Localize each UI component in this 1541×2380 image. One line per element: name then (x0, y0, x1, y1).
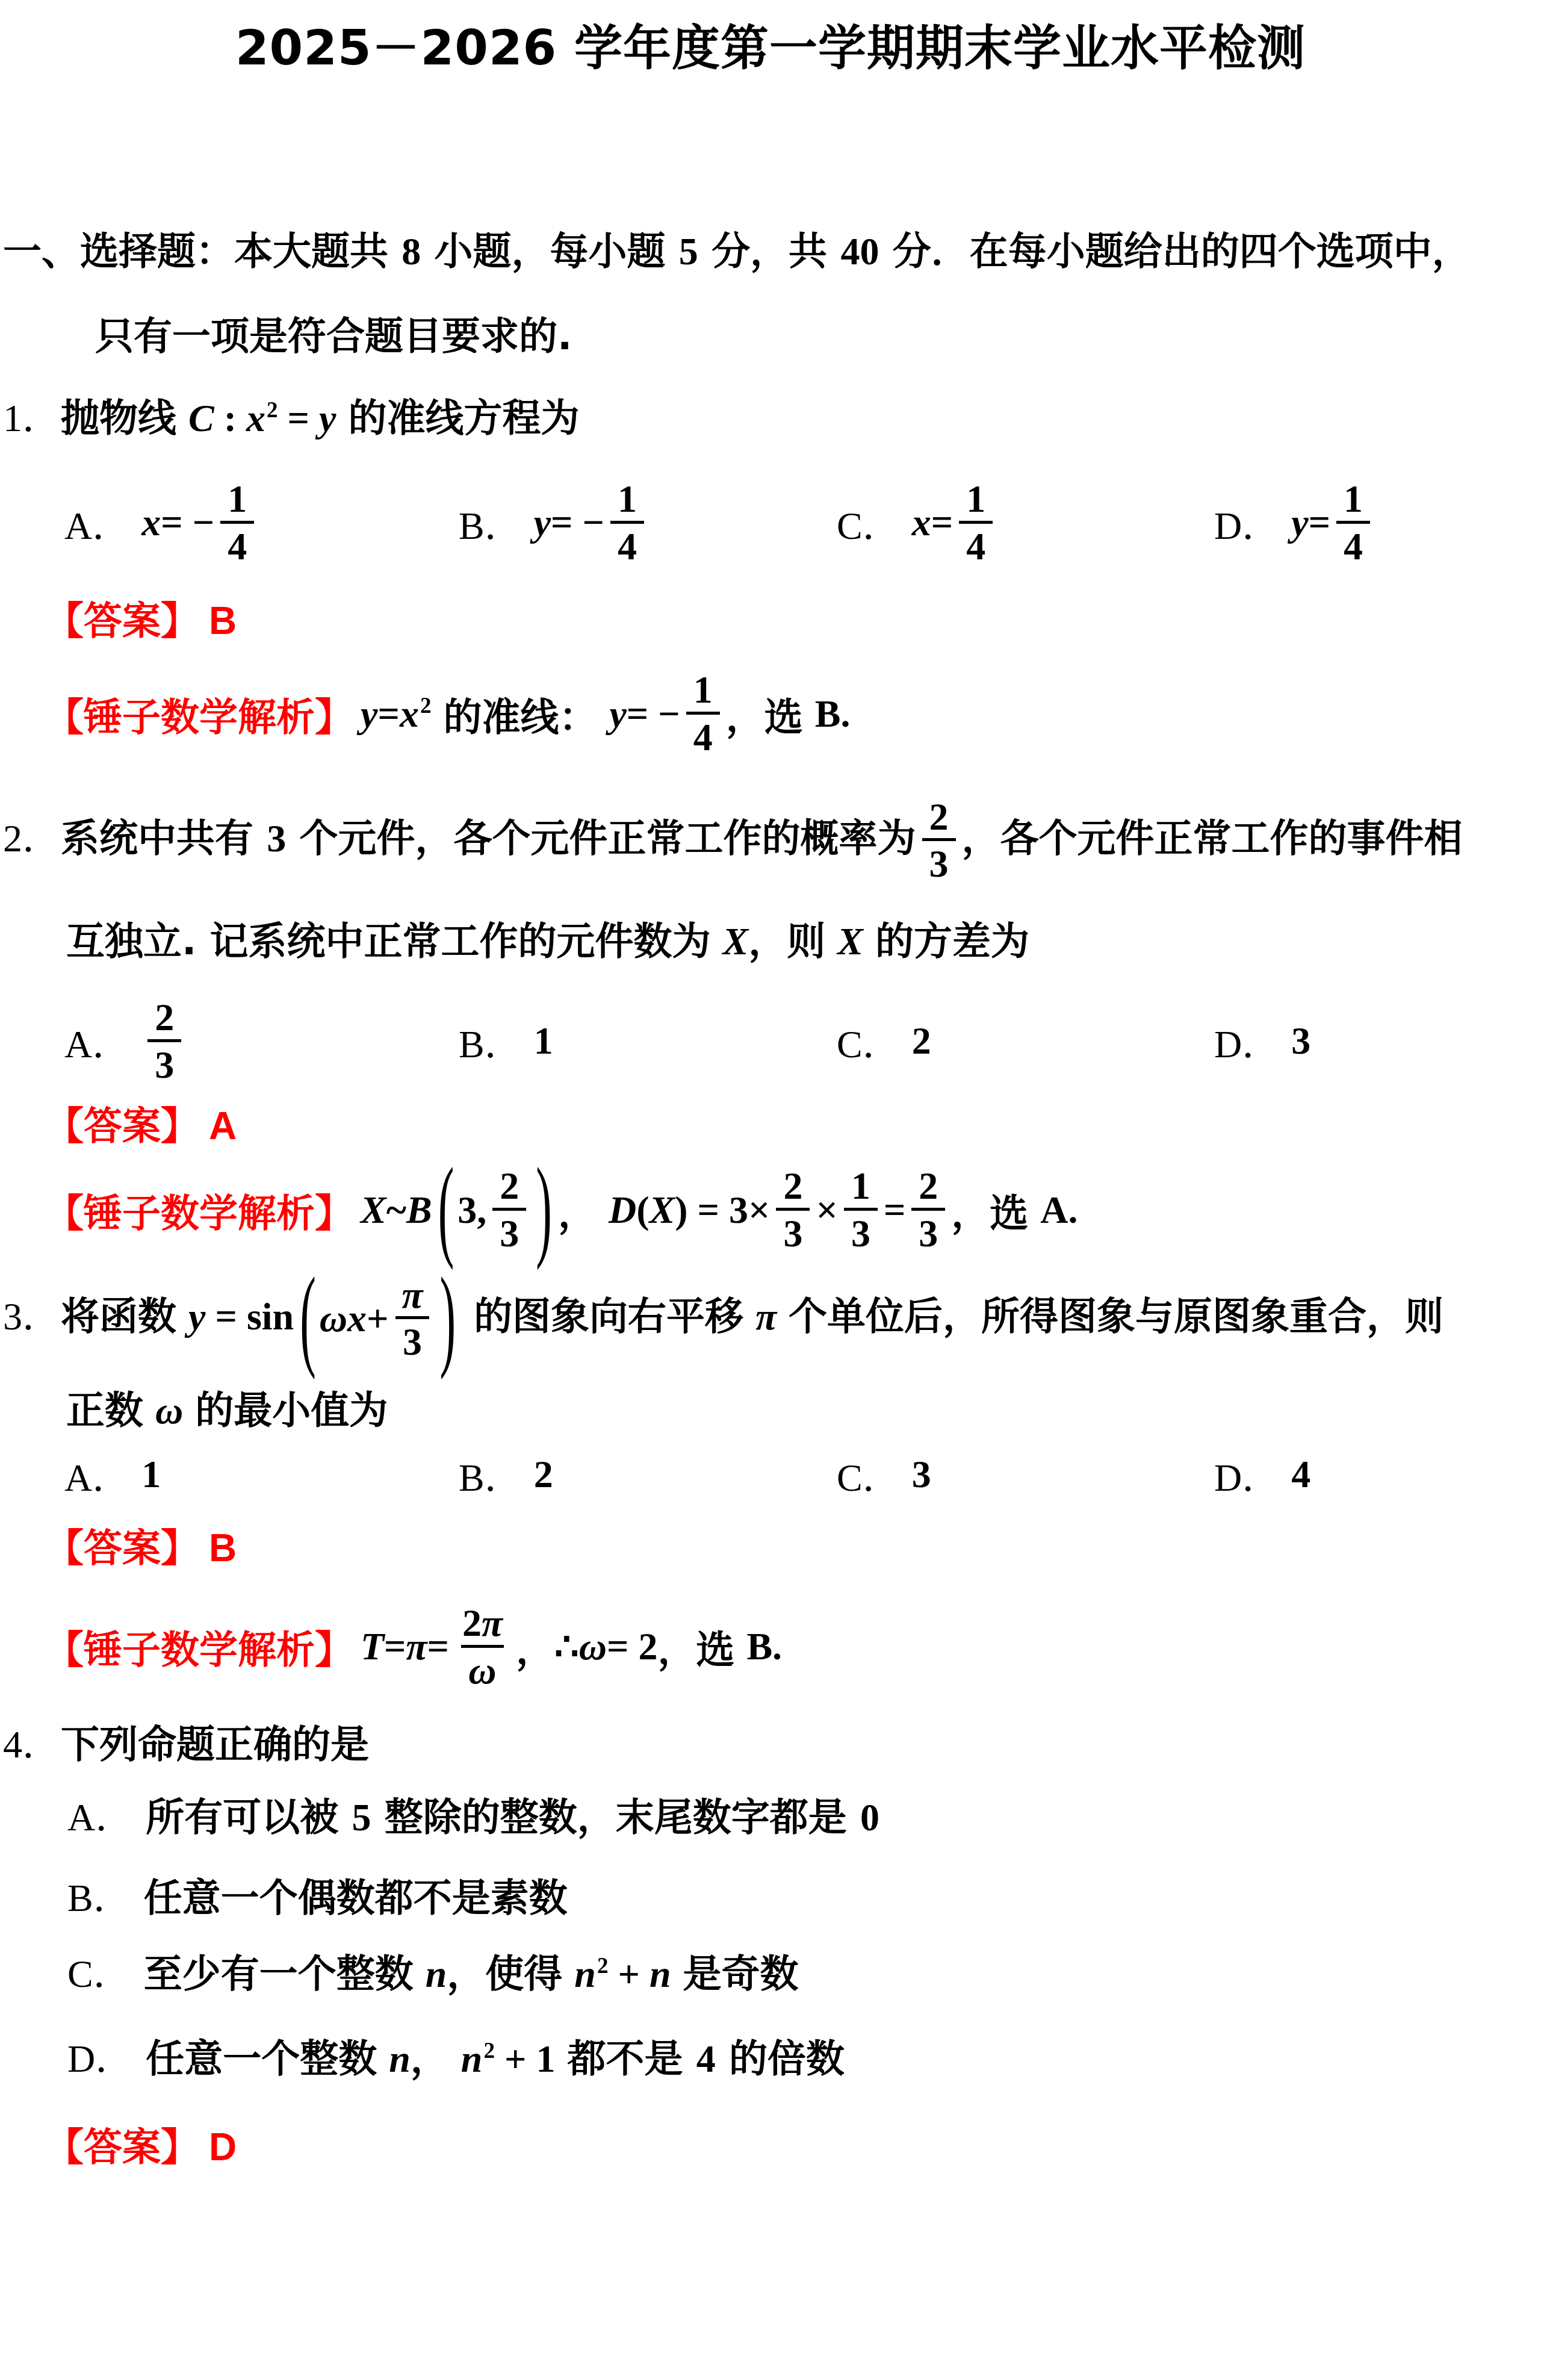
roman-math-text: A. (1040, 1188, 1077, 1232)
fraction-denominator: 3 (147, 1039, 181, 1087)
math-variable: C (188, 397, 214, 440)
cn-text-run: 任意一个整数 (146, 2037, 377, 2081)
option-letter: A． (64, 1447, 131, 1502)
roman-math-text: 1 (534, 1019, 553, 1063)
roman-math-text: = (377, 692, 399, 736)
roman-math-text: 3 (912, 1452, 931, 1497)
option-letter: C． (837, 1447, 901, 1502)
roman-math-text: = (205, 1294, 246, 1337)
math-variable: y (609, 692, 626, 736)
roman-math-text: : (214, 397, 246, 440)
option-math: y = −14 (534, 477, 650, 568)
roman-math-text: 2 (462, 1602, 482, 1644)
question-3-analysis: 【锤子数学解析】 T = π = 2πω，∴ω = 2，选B. (0, 1602, 1541, 1692)
answer-label: 【答案】 (45, 2125, 199, 2170)
option-math: 23 (141, 996, 187, 1086)
fraction-denominator: 3 (911, 1208, 945, 1255)
right-paren: ) (436, 1251, 459, 1387)
question-3-option-b: B． 2 (459, 1447, 837, 1502)
roman-math-text: ~ (386, 1188, 406, 1232)
paren-inner: 3,23 (457, 1164, 532, 1255)
roman-math-text: 3, (457, 1188, 486, 1232)
roman-math-text: ∴ (554, 1624, 579, 1669)
question-2-options: A． 23 B． 1 C． 2 D． 3 (0, 996, 1541, 1086)
fraction-numerator: 1 (844, 1164, 878, 1208)
math-variable: y (188, 1294, 205, 1337)
cn-text-run: 将函数 (61, 1294, 176, 1338)
question-4-answer: 【答案】D (0, 2118, 1541, 2176)
option-letter: C． (837, 1013, 901, 1069)
cn-text-run: 的准线： (443, 686, 597, 742)
cn-text-run: 的最小值为 (195, 1388, 388, 1433)
roman-math-text: = (1309, 500, 1330, 545)
math-variable: y (361, 692, 377, 736)
fraction-denominator: 3 (492, 1208, 526, 1255)
math-variable: x (141, 500, 161, 545)
cn-text-run: 任意一个偶数都不是素数 (144, 1876, 568, 1921)
question-2-stem-line2: 互独立. 记系统中正常工作的元件数为X，则X的方差为 (0, 913, 1541, 971)
math-variable: n (650, 1953, 671, 1995)
choice-content: 所有可以被 5 整除的整数，末尾数字都是 0 (146, 1789, 879, 1847)
math-function: sin (247, 1294, 294, 1337)
question-4-choice-d: D． 任意一个整数n，n2 + 1都不是 4 的倍数 (0, 2030, 1541, 2094)
question-4-choice-a: A． 所有可以被 5 整除的整数，末尾数字都是 0 (0, 1789, 1541, 1847)
roman-math-text: 4 (1291, 1452, 1310, 1497)
cn-text-run: 个单位后，所得图象与原图象重合，则 (789, 1294, 1443, 1338)
answer-letter: B (209, 599, 237, 642)
math-variable: n (426, 1953, 447, 1995)
option-letter: A． (67, 1789, 134, 1847)
fraction: π3 (395, 1273, 430, 1364)
roman-math-text: 2 (912, 1019, 931, 1063)
cn-text-run: 互独立. 记系统中正常工作的元件数为 (66, 919, 711, 964)
option-math: 4 (1291, 1452, 1310, 1497)
option-letter-text: 1． (3, 397, 61, 440)
fraction-numerator: 1 (686, 668, 720, 712)
fraction-numerator: 2 (922, 795, 956, 839)
cn-text-run: ，选 (726, 686, 803, 742)
question-4-stem: 4．下列命题正确的是 (0, 1716, 1541, 1774)
section-heading-line1: 一、选择题：本大题共 8 小题，每小题 5 分，共 40 分．在每小题给出的四个… (0, 223, 1541, 281)
cn-text-run: 所有可以被 (146, 1795, 352, 1840)
big-paren-group: (3,23) (435, 1164, 556, 1255)
fraction: 23 (922, 795, 956, 886)
option-math: 2 (534, 1452, 553, 1497)
cn-text-run: 小题，每小题 (421, 229, 679, 274)
option-letter: D． (1214, 1013, 1280, 1069)
superscript: 2 (597, 1954, 609, 1978)
cn-text-run: ， (411, 2037, 449, 2081)
math-variable: X (649, 1188, 675, 1232)
option-math: x = 14 (912, 477, 999, 568)
question-2-option-c: C． 2 (837, 1013, 1214, 1069)
math-variable: B (406, 1188, 432, 1232)
math-variable: X (837, 920, 863, 963)
answer-label: 【答案】 (45, 599, 199, 644)
cn-text-run: ， (558, 1182, 597, 1238)
right-paren: ) (532, 1146, 556, 1275)
cn-text-run: 的方差为 (875, 919, 1029, 964)
left-paren: ( (296, 1251, 320, 1387)
math-variable: ω (155, 1389, 183, 1432)
cn-text-run: 抛物线 (61, 396, 176, 441)
math-variable: π (406, 1624, 427, 1669)
fraction: 14 (610, 477, 644, 568)
roman-math-text: B. (815, 692, 851, 736)
cn-text-run: 下列命题正确的是 (61, 1723, 369, 1767)
cn-text-run: ，选 (657, 1619, 734, 1674)
roman-math-text: = (427, 1624, 449, 1669)
roman-math-text: 1 (141, 1452, 161, 1497)
question-3-option-d: D． 4 (1214, 1447, 1310, 1502)
cn-text-run: 一、选择题：本大题共 (3, 229, 402, 274)
cn-text-run: 都不是 (567, 2037, 696, 2081)
question-3-option-a: A． 1 (64, 1447, 459, 1502)
number-text: 3 (267, 816, 286, 859)
analysis-label: 【锤子数学解析】 (45, 1619, 353, 1674)
question-3-answer: 【答案】B (0, 1519, 1541, 1577)
math-variable: X (361, 1188, 386, 1232)
math-variable: π (755, 1294, 777, 1337)
fraction-numerator: 2 (911, 1164, 945, 1208)
option-math: 3 (912, 1452, 931, 1497)
math-variable: y (319, 397, 336, 440)
question-2-option-d: D． 3 (1214, 1013, 1310, 1069)
question-2-answer: 【答案】A (0, 1097, 1541, 1155)
answer-letter: D (209, 2125, 237, 2169)
math-variable-sup: x2 (400, 692, 432, 736)
question-2-option-a: A． 23 (64, 996, 459, 1086)
option-letter-text: 4． (3, 1723, 61, 1766)
number-text: 5 (679, 230, 698, 273)
roman-math-text: ) = 3× (675, 1188, 770, 1232)
cn-text-run: 系统中共有 (61, 816, 267, 860)
math-variable: y (1291, 500, 1308, 545)
cn-text-run: 是奇数 (683, 1952, 799, 1996)
fraction-numerator: 2π (455, 1602, 510, 1645)
fraction-denominator: 3 (844, 1208, 878, 1255)
answer-label: 【答案】 (45, 1104, 199, 1149)
choice-content: 任意一个偶数都不是素数 (144, 1869, 568, 1927)
roman-math-text: 2 (534, 1452, 553, 1497)
fraction-denominator: 4 (1336, 521, 1370, 568)
math-variable-sup: n2 (461, 2037, 495, 2080)
cn-text-run: ，选 (951, 1182, 1028, 1238)
section-heading-line2: 只有一项是符合题目要求的. (0, 308, 1541, 365)
question-3-option-c: C． 3 (837, 1447, 1214, 1502)
cn-text-run: ， (516, 1619, 554, 1674)
cn-text-run: 正数 (66, 1388, 143, 1433)
math-variable: ω (468, 1649, 496, 1692)
fraction-denominator: 3 (776, 1208, 810, 1255)
cn-text-run: 的准线方程为 (348, 396, 579, 441)
math-variable-sup: n2 (574, 1953, 608, 1995)
question-4-choice-b: B． 任意一个偶数都不是素数 (0, 1869, 1541, 1927)
answer-label: 【答案】 (45, 1526, 199, 1571)
fraction-numerator: 2 (147, 996, 181, 1039)
paren-inner: ωx + π3 (320, 1273, 436, 1364)
question-1-options: A． x = −14 B． y = −14 C． x = 14 D． y = 1… (0, 477, 1541, 568)
option-math: y = 14 (1291, 477, 1376, 568)
choice-content: 至少有一个整数n，使得n2 + n是奇数 (144, 1945, 799, 2009)
math-variable: π (482, 1602, 503, 1644)
fraction-denominator: 3 (395, 1316, 429, 1364)
fraction-denominator: 4 (959, 521, 993, 568)
option-letter: B． (459, 1447, 523, 1502)
math-variable: X (723, 920, 749, 963)
superscript: 2 (420, 694, 432, 718)
cn-text-run: ，各个元件正常工作的事件相 (962, 816, 1463, 860)
fraction: 13 (844, 1164, 878, 1255)
roman-math-text: + 1 (495, 2037, 555, 2080)
analysis-math: X ~ B(3,23)，D(X) = 3×23×13 = 23，选A. (361, 1164, 1078, 1255)
math-variable: x (912, 500, 931, 545)
number-text: 5 (352, 1796, 371, 1839)
answer-letter: B (209, 1526, 237, 1570)
big-paren-group: (ωx + π3) (296, 1273, 459, 1364)
fraction: 14 (959, 477, 993, 568)
option-letter-text: 2． (3, 816, 61, 859)
roman-math-text: ( (636, 1188, 649, 1232)
option-math: x = −14 (141, 477, 260, 568)
analysis-label: 【锤子数学解析】 (45, 1182, 353, 1238)
option-math: 3 (1291, 1019, 1310, 1063)
choice-content: 任意一个整数n，n2 + 1都不是 4 的倍数 (146, 2030, 845, 2094)
option-letter: A． (64, 495, 131, 550)
question-1-answer: 【答案】B (0, 592, 1541, 650)
math-variable: T (361, 1624, 384, 1669)
number-text: 8 (402, 230, 421, 273)
fraction-numerator: 1 (610, 477, 644, 521)
roman-math-text: = − (627, 692, 680, 736)
fraction: 14 (220, 477, 254, 568)
question-3-stem-line2: 正数ω的最小值为 (0, 1382, 1541, 1440)
fraction: 2πω (455, 1602, 510, 1692)
fraction-numerator: π (395, 1273, 430, 1317)
roman-math-text: B. (746, 1624, 782, 1669)
cn-text-run: 的倍数 (716, 2037, 845, 2081)
cn-text-run: 至少有一个整数 (144, 1952, 414, 1996)
fraction: 23 (776, 1164, 810, 1255)
question-1-stem: 1．抛物线C : x2 = y的准线方程为 (0, 390, 1541, 453)
question-2-stem-line1: 2．系统中共有 3 个元件，各个元件正常工作的概率为23，各个元件正常工作的事件… (0, 795, 1541, 886)
question-1-option-c: C． x = 14 (837, 477, 1214, 568)
roman-math-text: + (608, 1953, 649, 1995)
math-variable: n (389, 2037, 411, 2080)
number-text: 0 (860, 1796, 879, 1839)
roman-math-text: = 2 (607, 1624, 657, 1669)
option-letter: C． (837, 495, 901, 550)
analysis-math: y = x2的准线：y = −14，选B. (361, 668, 850, 759)
roman-math-text: = (384, 1624, 406, 1669)
option-letter-text: 3． (3, 1294, 61, 1337)
option-math: 1 (534, 1019, 553, 1063)
cn-text-run: 分，共 (698, 229, 841, 274)
fraction: 23 (147, 996, 181, 1086)
cn-text-run: 只有一项是符合题目要求的. (95, 314, 572, 359)
page-title: 2025－2026 学年度第一学期期末学业水平检测 (0, 15, 1541, 81)
cn-text-run: 分．在每小题给出的四个选项中， (879, 229, 1470, 274)
option-letter: B． (459, 495, 523, 550)
number-text: 40 (840, 230, 879, 273)
fraction: 14 (1336, 477, 1370, 568)
roman-math-text: = − (161, 500, 214, 545)
math-variable: D (609, 1188, 636, 1232)
superscript: 2 (483, 2039, 495, 2063)
roman-math-text: = (884, 1188, 905, 1232)
roman-math-text: × (816, 1188, 837, 1232)
analysis-math: T = π = 2πω，∴ω = 2，选B. (361, 1602, 782, 1692)
roman-math-text: = (931, 500, 953, 545)
math-variable: y (534, 500, 551, 545)
question-1-option-b: B． y = −14 (459, 477, 837, 568)
option-letter: A． (64, 1013, 131, 1069)
option-letter: D． (1214, 1447, 1280, 1502)
fraction-denominator: 4 (610, 521, 644, 568)
question-1-option-d: D． y = 14 (1214, 477, 1376, 568)
fraction-numerator: 2 (492, 1164, 526, 1208)
option-letter: B． (459, 1013, 523, 1069)
fraction-numerator: 1 (959, 477, 993, 521)
fraction-denominator: 3 (922, 838, 956, 886)
option-letter: D． (1214, 495, 1280, 550)
fraction-denominator: ω (461, 1645, 503, 1692)
roman-math-text: = − (551, 500, 604, 545)
fraction: 14 (686, 668, 720, 759)
question-3-options: A． 1 B． 2 C． 3 D． 4 (0, 1447, 1541, 1502)
fraction-denominator: 4 (686, 712, 720, 759)
roman-math-text: 3 (1291, 1019, 1310, 1063)
question-1-analysis: 【锤子数学解析】 y = x2的准线：y = −14，选B. (0, 668, 1541, 759)
roman-math-text: = (278, 397, 319, 440)
cn-text-run: ，则 (748, 919, 825, 964)
analysis-label: 【锤子数学解析】 (45, 686, 353, 742)
math-variable: ω (579, 1624, 607, 1669)
superscript: 2 (267, 398, 278, 423)
fraction-numerator: 1 (220, 477, 254, 521)
question-4-choice-c: C． 至少有一个整数n，使得n2 + n是奇数 (0, 1945, 1541, 2009)
roman-math-text: + (367, 1290, 388, 1347)
fraction-denominator: 4 (220, 521, 254, 568)
option-math: 1 (141, 1452, 161, 1497)
question-2-analysis: 【锤子数学解析】 X ~ B(3,23)，D(X) = 3×23×13 = 23… (0, 1164, 1541, 1255)
cn-text-run: 个元件，各个元件正常工作的概率为 (286, 816, 916, 860)
cn-text-run: ，使得 (447, 1952, 562, 1996)
fraction-numerator: 1 (1336, 477, 1370, 521)
option-math: 2 (912, 1019, 931, 1063)
option-letter: B． (67, 1869, 132, 1927)
fraction: 23 (492, 1164, 526, 1255)
math-variable: ωx (320, 1290, 367, 1347)
question-2-option-b: B． 1 (459, 1013, 837, 1069)
fraction: 23 (911, 1164, 945, 1255)
math-variable-sup: x2 (246, 397, 278, 440)
answer-letter: A (209, 1104, 237, 1148)
cn-text-run: 整除的整数，末尾数字都是 (371, 1795, 861, 1840)
math-variable: π (402, 1273, 423, 1316)
number-text: 4 (696, 2037, 716, 2080)
cn-text-run: 的图象向右平移 (474, 1294, 743, 1338)
option-letter: C． (67, 1945, 132, 2003)
question-1-option-a: A． x = −14 (64, 477, 459, 568)
exam-page: 2025－2026 学年度第一学期期末学业水平检测 一、选择题：本大题共 8 小… (0, 15, 1541, 2176)
fraction-numerator: 2 (776, 1164, 810, 1208)
option-letter: D． (67, 2030, 134, 2088)
question-3-stem-line1: 3．将函数y = sin(ωx + π3)的图象向右平移π个单位后，所得图象与原… (0, 1273, 1541, 1364)
